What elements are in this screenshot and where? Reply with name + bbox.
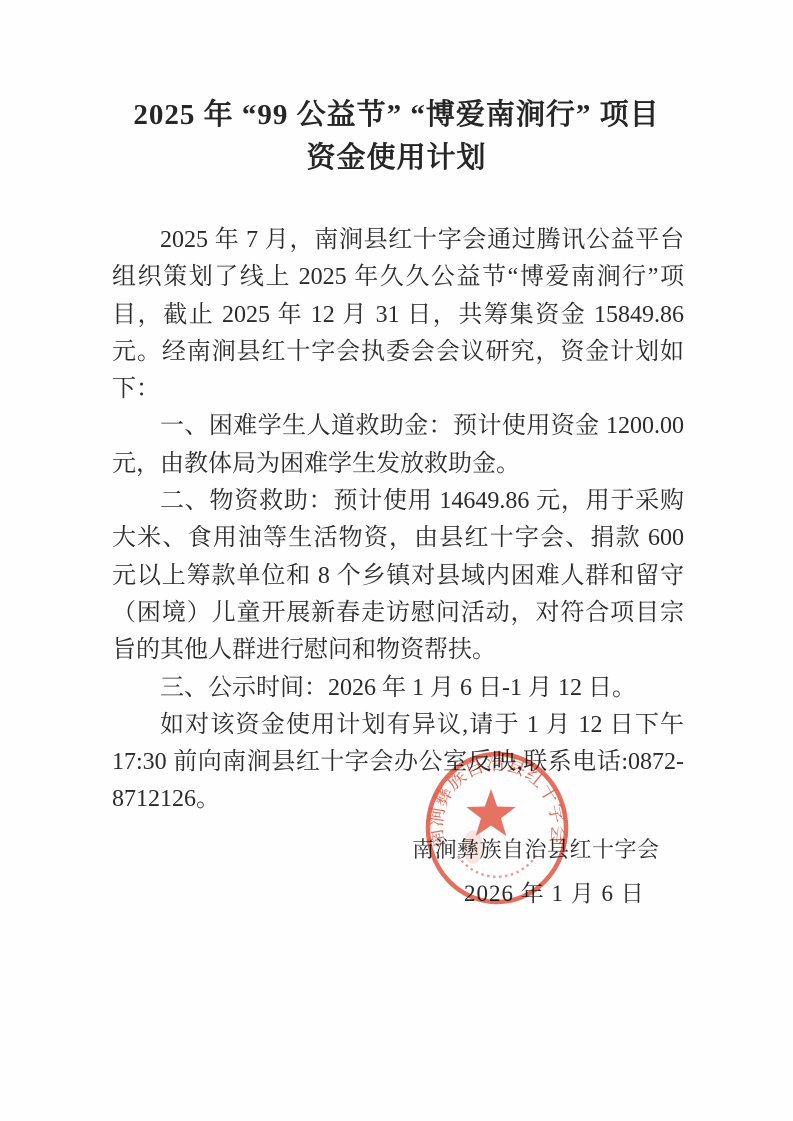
seal-ring-label: 南涧彝族自治县红十字会	[424, 753, 569, 850]
body-paragraph: 如对该资金使用计划有异议,请于 1 月 12 日下午 17:30 前向南涧县红十…	[112, 707, 684, 819]
body-paragraph: 一、困难学生人道救助金：预计使用资金 1200.00 元，由教体局为困难学生发放…	[112, 408, 684, 483]
body-paragraph: 2025 年 7 月，南涧县红十字会通过腾讯公益平台组织策划了线上 2025 年…	[112, 222, 684, 408]
title-line-2: 资金使用计划	[0, 137, 793, 180]
seal-smudge	[463, 830, 483, 864]
document-body: 2025 年 7 月，南涧县红十字会通过腾讯公益平台组织策划了线上 2025 年…	[112, 222, 684, 819]
document-title: 2025 年 “99 公益节” “博爱南涧行” 项目 资金使用计划	[0, 94, 793, 180]
body-paragraph: 三、公示时间：2026 年 1 月 6 日-1 月 12 日。	[112, 670, 684, 707]
official-seal-stamp: 南涧彝族自治县红十字会	[422, 749, 572, 909]
title-line-1: 2025 年 “99 公益节” “博爱南涧行” 项目	[0, 94, 793, 137]
seal-star-icon	[466, 789, 515, 836]
body-paragraph: 二、物资救助：预计使用 14649.86 元，用于采购大米、食用油等生活物资，由…	[112, 483, 684, 669]
document-page: 2025 年 “99 公益节” “博爱南涧行” 项目 资金使用计划 2025 年…	[0, 0, 793, 1121]
